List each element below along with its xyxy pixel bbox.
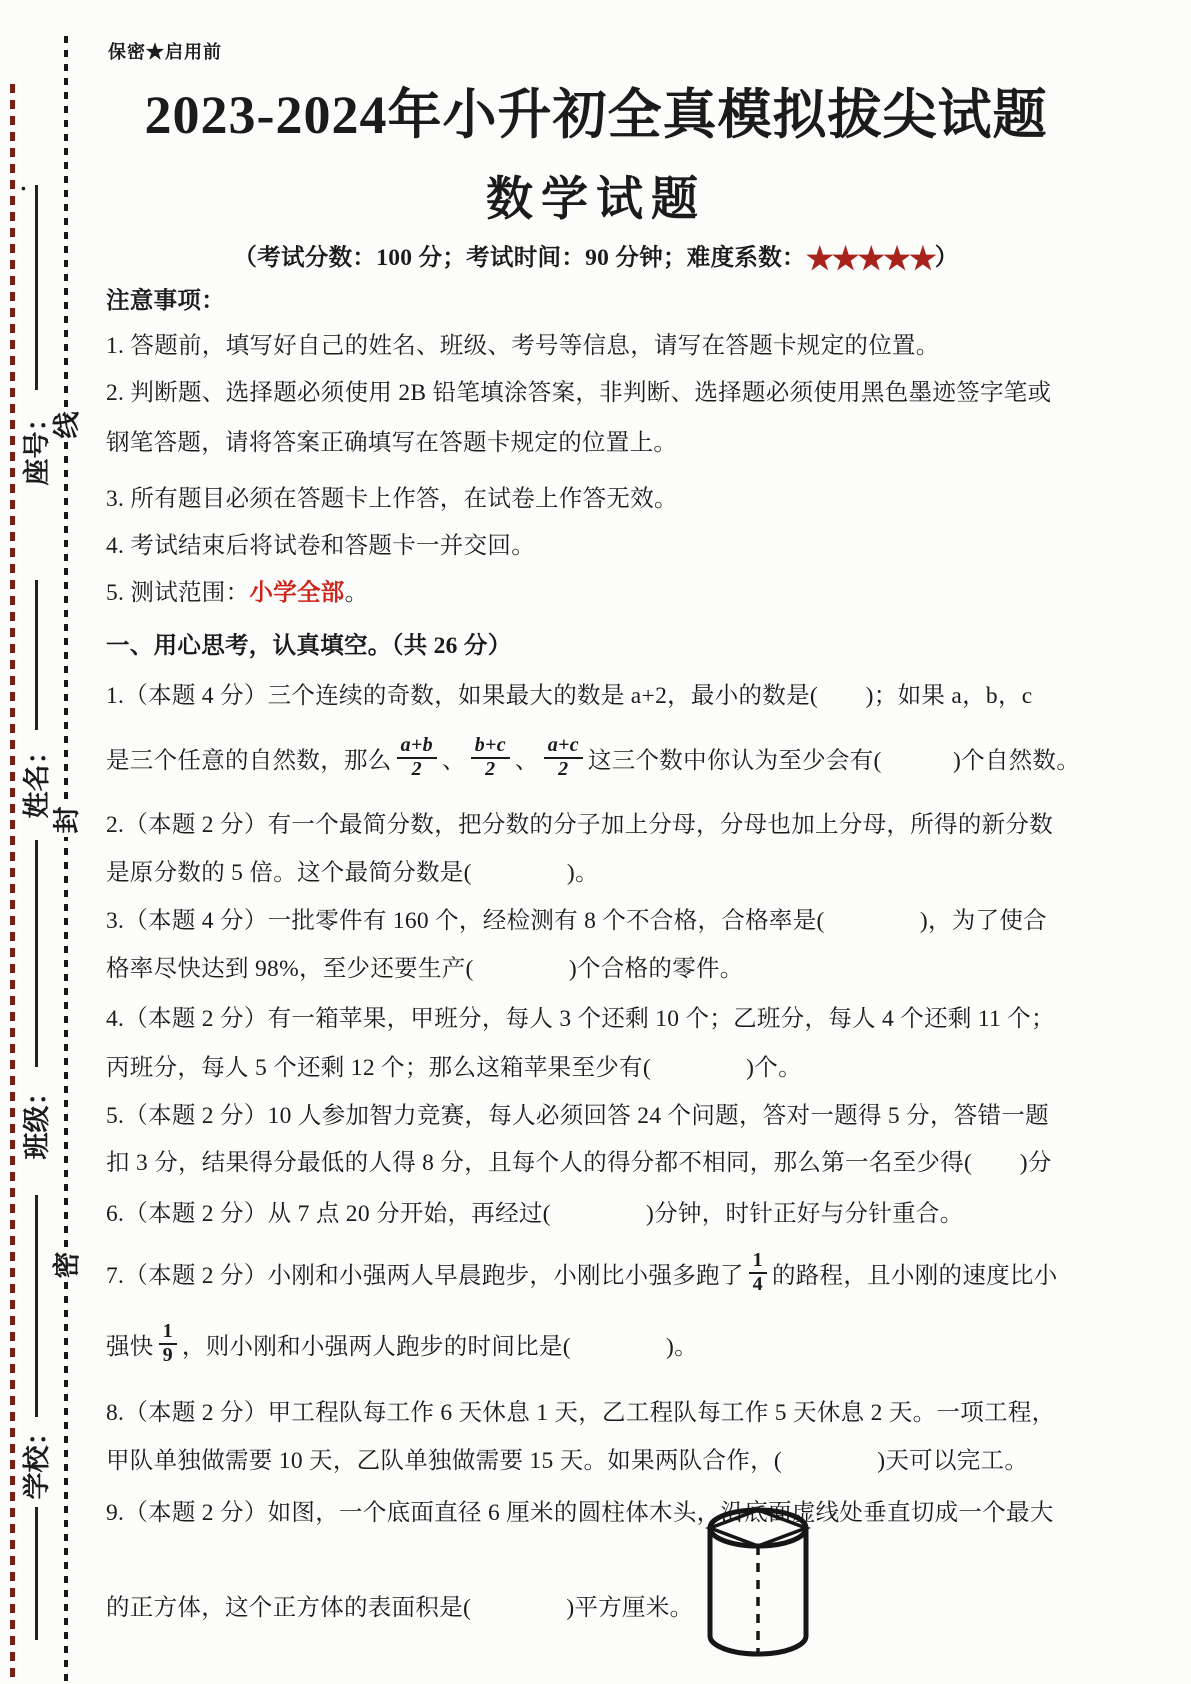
seat-number-blank-line (35, 185, 38, 390)
question-1-line-1: 1.（本题 4 分）三个连续的奇数，如果最大的数是 a+2，最小的数是( )；如… (106, 676, 1032, 710)
question-1-line-2: 是三个任意的自然数，那么 a+b2 、 b+c2 、 a+c2 这三个数中你认为… (106, 727, 1080, 789)
q1-text-post: 这三个数中你认为至少会有( )个自然数。 (588, 741, 1080, 775)
section-1-heading: 一、用心思考，认真填空。（共 26 分） (106, 626, 512, 660)
question-5-line-1: 5.（本题 2 分）10 人参加智力竞赛，每人必须回答 24 个问题，答对一题得… (106, 1096, 1049, 1130)
test-range-label: 5. 测试范围： (106, 580, 249, 606)
seal-char-feng: 封 (48, 803, 86, 837)
question-9-line-1: 9.（本题 2 分）如图，一个底面直径 6 厘米的圆柱体木头，沿底面虚线处垂直切… (106, 1493, 1054, 1527)
q7-text-post: 的路程，且小刚的速度比小 (772, 1256, 1058, 1290)
q1-separator-2: 、 (515, 741, 539, 775)
difficulty-stars-icon: ★★★★★ (806, 241, 935, 276)
exam-info-line: （考试分数：100 分；考试时间：90 分钟；难度系数：★★★★★） (106, 238, 1086, 277)
fraction-one-quarter: 14 (749, 1250, 767, 1295)
notice-line-5: 5. 测试范围：小学全部。 (106, 573, 368, 607)
question-3-line-2: 格率尽快达到 98%，至少还要生产( )个合格的零件。 (106, 949, 744, 983)
question-8-line-1: 8.（本题 2 分）甲工程队每工作 6 天休息 1 天，乙工程队每工作 5 天休… (106, 1393, 1055, 1427)
left-edge-dashed-line (10, 84, 15, 1680)
question-6-line-1: 6.（本题 2 分）从 7 点 20 分开始，再经过( )分钟，时针正好与分针重… (106, 1194, 964, 1228)
q1-separator-1: 、 (442, 741, 466, 775)
class-blank-line (35, 840, 38, 1067)
exam-info-suffix: ） (935, 245, 959, 271)
fraction-b-plus-c-over-2: b+c2 (471, 735, 510, 780)
test-range-highlight: 小学全部 (249, 580, 344, 606)
question-7-line-2: 强快 19 ，则小刚和小强两人跑步的时间比是( )。 (106, 1314, 698, 1374)
notice-line-2: 2. 判断题、选择题必须使用 2B 铅笔填涂答案，非判断、选择题必须使用黑色墨迹… (106, 373, 1051, 407)
fraction-a-plus-b-over-2: a+b2 (397, 735, 437, 780)
question-5-line-2: 扣 3 分，结果得分最低的人得 8 分，且每个人的得分都不相同，那么第一名至少得… (106, 1143, 1052, 1177)
q7-text2-pre: 强快 (106, 1327, 154, 1361)
fraction-a-plus-c-over-2: a+c2 (544, 735, 583, 780)
seal-field-school: 学校： (22, 1415, 52, 1503)
question-9-line-2: 的正方体，这个正方体的表面积是( )平方厘米。 (106, 1588, 693, 1622)
page-title: 2023-2024年小升初全真模拟拔尖试题 (106, 72, 1086, 149)
question-4-line-2: 丙班分，每人 5 个还剩 12 个；那么这箱苹果至少有( )个。 (106, 1048, 802, 1082)
notice-line-4: 4. 考试结束后将试卷和答题卡一并交回。 (106, 526, 535, 560)
notices-heading: 注意事项： (106, 281, 225, 315)
subject-title: 数学试题 (106, 162, 1086, 229)
name-blank-line (35, 580, 38, 730)
exam-paper-page: ． 座号： 姓名： 班级： 学校： 线 封 密 保密★启用前 2023-2024… (0, 0, 1191, 1684)
school-blank-line (35, 1195, 38, 1417)
notice-line-1: 1. 答题前，填写好自己的姓名、班级、考号等信息，请写在答题卡规定的位置。 (106, 326, 940, 360)
question-8-line-2: 甲队单独做需要 10 天，乙队单独做需要 15 天。如果两队合作，( )天可以完… (106, 1441, 1028, 1475)
q1-text-pre: 是三个任意的自然数，那么 (106, 741, 392, 775)
q7-text-pre: 7.（本题 2 分）小刚和小强两人早晨跑步，小刚比小强多跑了 (106, 1256, 744, 1290)
bottom-blank-line (35, 1507, 38, 1640)
q7-text2-post: ，则小刚和小强两人跑步的时间比是( )。 (182, 1327, 698, 1361)
question-2-line-1: 2.（本题 2 分）有一个最简分数，把分数的分子加上分母，分母也加上分母，所得的… (106, 805, 1053, 839)
notice-line-2-cont: 钢笔答题，请将答案正确填写在答题卡规定的位置上。 (106, 423, 677, 457)
question-2-line-2: 是原分数的 5 倍。这个最简分数是( )。 (106, 853, 599, 887)
question-3-line-1: 3.（本题 4 分）一批零件有 160 个，经检测有 8 个不合格，合格率是( … (106, 901, 1047, 935)
seal-field-class: 班级： (22, 1075, 52, 1163)
notice-line-3: 3. 所有题目必须在答题卡上作答，在试卷上作答无效。 (106, 479, 678, 513)
seal-char-line: 线 (48, 408, 86, 442)
fraction-one-ninth: 19 (159, 1321, 177, 1366)
seal-dotted-line (64, 36, 68, 1684)
question-7-line-1: 7.（本题 2 分）小刚和小强两人早晨跑步，小刚比小强多跑了 14 的路程，且小… (106, 1243, 1058, 1303)
seal-char-mi: 密 (48, 1248, 86, 1282)
cylinder-figure (702, 1506, 814, 1664)
confidential-notice: 保密★启用前 (108, 38, 222, 64)
question-4-line-1: 4.（本题 2 分）有一箱苹果，甲班分，每人 3 个还剩 10 个；乙班分，每人… (106, 999, 1055, 1033)
exam-info-prefix: （考试分数：100 分；考试时间：90 分钟；难度系数： (233, 245, 805, 271)
margin-dot: ． (20, 166, 42, 197)
test-range-period: 。 (345, 580, 369, 606)
